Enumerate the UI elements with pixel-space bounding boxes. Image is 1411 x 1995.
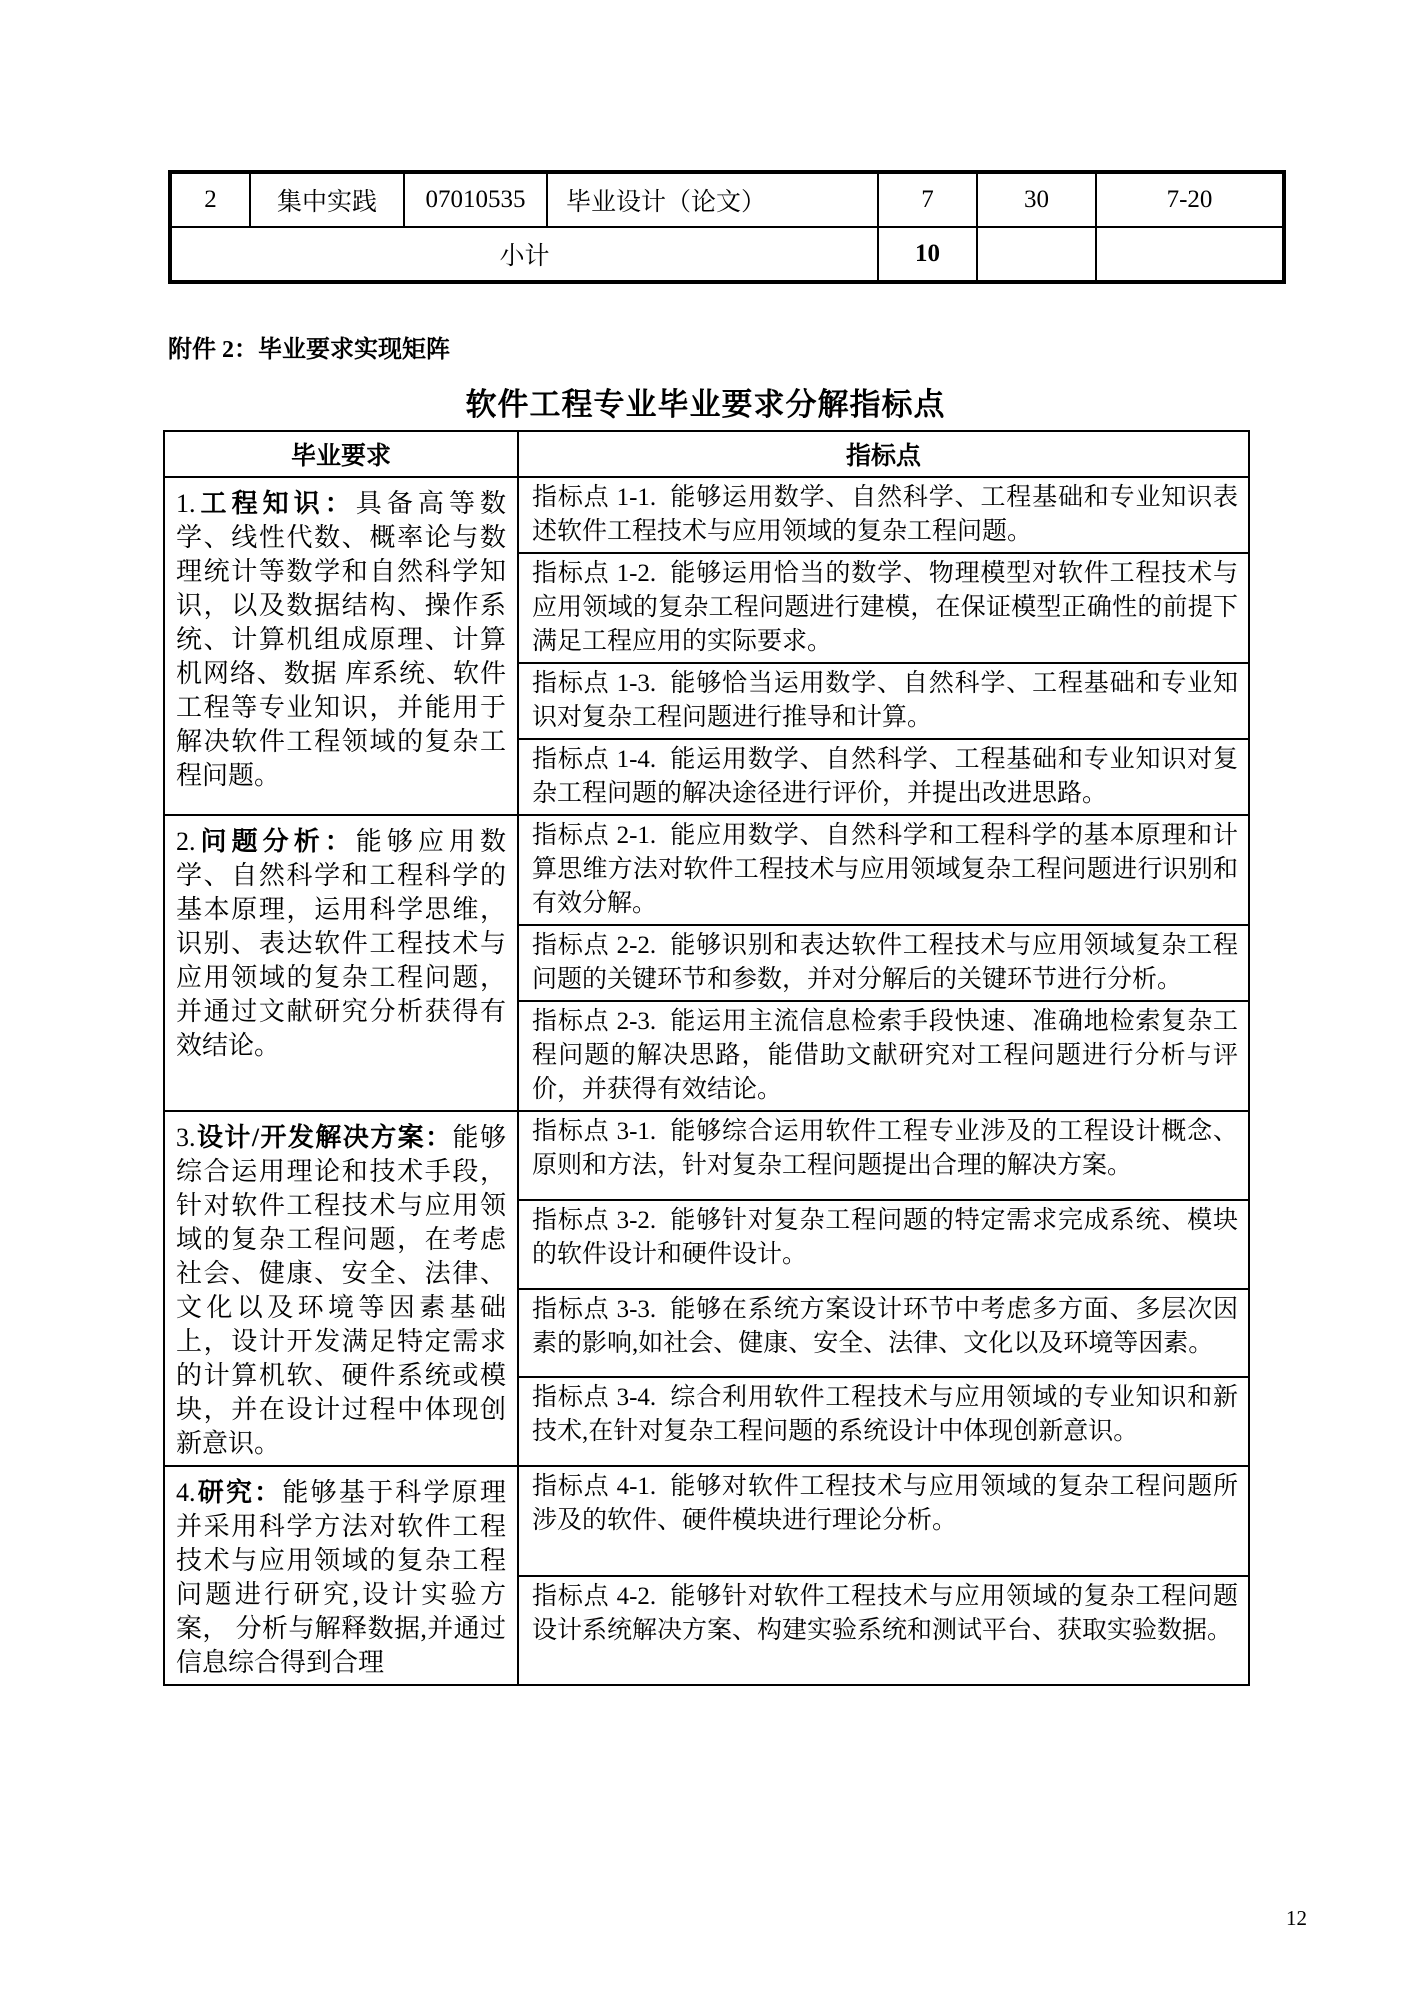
matrix-title: 软件工程专业毕业要求分解指标点	[0, 379, 1411, 424]
requirement-cell: 1.工程知识：具备高等数学、线性代数、概率论与数理统计等数学和自然科学知识，以及…	[164, 477, 518, 815]
requirement-cell: 2.问题分析：能够应用数学、自然科学和工程科学的基本原理，运用科学思维，识别、表…	[164, 815, 518, 1111]
course-row: 2 集中实践 07010535 毕业设计（论文） 7 30 7-20	[170, 172, 1284, 227]
indicator-cell: 指标点 2-3. 能运用主流信息检索手段快速、准确地检索复杂工程问题的解决思路，…	[518, 1001, 1249, 1111]
course-index: 2	[170, 172, 250, 227]
matrix-table: 毕业要求 指标点 1.工程知识：具备高等数学、线性代数、概率论与数理统计等数学和…	[163, 430, 1250, 1686]
course-name: 毕业设计（论文）	[547, 172, 878, 227]
indicator-label: 指标点 2-3.	[532, 1008, 656, 1035]
subtotal-empty-weeks	[1096, 227, 1284, 282]
matrix-body: 1.工程知识：具备高等数学、线性代数、概率论与数理统计等数学和自然科学知识，以及…	[164, 477, 1249, 1685]
requirement-cell: 3.设计/开发解决方案：能够综合运用理论和技术手段，针对软件工程技术与应用领域的…	[164, 1111, 518, 1466]
indicator-cell: 指标点 2-1. 能应用数学、自然科学和工程科学的基本原理和计算思维方法对软件工…	[518, 815, 1249, 925]
matrix-row: 3.设计/开发解决方案：能够综合运用理论和技术手段，针对软件工程技术与应用领域的…	[164, 1111, 1249, 1200]
indicator-cell: 指标点 3-4. 综合利用软件工程技术与应用领域的专业知识和新技术,在针对复杂工…	[518, 1377, 1249, 1466]
indicator-cell: 指标点 1-4. 能运用数学、自然科学、工程基础和专业知识对复杂工程问题的解决途…	[518, 739, 1249, 815]
indicator-cell: 指标点 4-1. 能够对软件工程技术与应用领域的复杂工程问题所涉及的软件、硬件模…	[518, 1466, 1249, 1576]
indicator-label: 指标点 3-4.	[532, 1384, 656, 1411]
requirement-body: 能够基于科学原理并采用科学方法对软件工程技术与应用领域的复杂工程问题进行研究,设…	[176, 1478, 506, 1677]
requirement-body: 能够应用数学、自然科学和工程科学的基本原理，运用科学思维，识别、表达软件工程技术…	[176, 827, 506, 1060]
indicator-cell: 指标点 1-3. 能够恰当运用数学、自然科学、工程基础和专业知识对复杂工程问题进…	[518, 663, 1249, 739]
requirement-cell: 4.研究：能够基于科学原理并采用科学方法对软件工程技术与应用领域的复杂工程问题进…	[164, 1466, 518, 1685]
indicator-label: 指标点 1-4.	[532, 746, 656, 773]
indicator-label: 指标点 4-2.	[532, 1583, 656, 1610]
indicator-cell: 指标点 4-2. 能够针对软件工程技术与应用领域的复杂工程问题设计系统解决方案、…	[518, 1576, 1249, 1686]
matrix-header-requirement: 毕业要求	[164, 431, 518, 477]
subtotal-label: 小计	[170, 227, 878, 282]
indicator-label: 指标点 2-2.	[532, 932, 656, 959]
requirement-number: 3.	[176, 1123, 196, 1152]
requirement-body: 能够综合运用理论和技术手段，针对软件工程技术与应用领域的复杂工程问题，在考虑社会…	[176, 1123, 506, 1458]
indicator-cell: 指标点 1-1. 能够运用数学、自然科学、工程基础和专业知识表述软件工程技术与应…	[518, 477, 1249, 553]
indicator-label: 指标点 3-2.	[532, 1207, 656, 1234]
requirement-term: 问题分析：	[196, 827, 356, 856]
indicator-label: 指标点 1-3.	[532, 670, 656, 697]
indicator-label: 指标点 2-1.	[532, 822, 656, 849]
indicator-cell: 指标点 3-1. 能够综合运用软件工程专业涉及的工程设计概念、原则和方法，针对复…	[518, 1111, 1249, 1200]
course-category: 集中实践	[250, 172, 404, 227]
indicator-label: 指标点 3-3.	[532, 1296, 656, 1323]
indicator-cell: 指标点 2-2. 能够识别和表达软件工程技术与应用领域复杂工程问题的关键环节和参…	[518, 925, 1249, 1001]
page-number: 12	[1286, 1906, 1307, 1931]
subtotal-credits: 10	[878, 227, 977, 282]
matrix-header-indicator: 指标点	[518, 431, 1249, 477]
requirement-number: 1.	[176, 489, 196, 518]
requirement-number: 2.	[176, 827, 196, 856]
course-summary-table: 2 集中实践 07010535 毕业设计（论文） 7 30 7-20 小计 10	[168, 170, 1286, 284]
subtotal-row: 小计 10	[170, 227, 1284, 282]
indicator-cell: 指标点 1-2. 能够运用恰当的数学、物理模型对软件工程技术与应用领域的复杂工程…	[518, 553, 1249, 663]
indicator-cell: 指标点 3-3. 能够在系统方案设计环节中考虑多方面、多层次因素的影响,如社会、…	[518, 1289, 1249, 1378]
indicator-label: 指标点 4-1.	[532, 1473, 656, 1500]
matrix-row: 1.工程知识：具备高等数学、线性代数、概率论与数理统计等数学和自然科学知识，以及…	[164, 477, 1249, 553]
course-hours: 30	[977, 172, 1096, 227]
requirement-body: 具备高等数学、线性代数、概率论与数理统计等数学和自然科学知识，以及数据结构、操作…	[176, 489, 506, 790]
matrix-header-row: 毕业要求 指标点	[164, 431, 1249, 477]
indicator-label: 指标点 1-2.	[532, 560, 656, 587]
requirement-term: 研究：	[196, 1478, 283, 1507]
indicator-cell: 指标点 3-2. 能够针对复杂工程问题的特定需求完成系统、模块的软件设计和硬件设…	[518, 1200, 1249, 1289]
matrix-row: 2.问题分析：能够应用数学、自然科学和工程科学的基本原理，运用科学思维，识别、表…	[164, 815, 1249, 925]
document-page: 2 集中实践 07010535 毕业设计（论文） 7 30 7-20 小计 10…	[0, 0, 1411, 1995]
course-weeks: 7-20	[1096, 172, 1284, 227]
course-code: 07010535	[404, 172, 547, 227]
matrix-row: 4.研究：能够基于科学原理并采用科学方法对软件工程技术与应用领域的复杂工程问题进…	[164, 1466, 1249, 1576]
requirement-number: 4.	[176, 1478, 196, 1507]
requirement-term: 设计/开发解决方案：	[196, 1123, 453, 1152]
indicator-label: 指标点 3-1.	[532, 1118, 656, 1145]
attachment-heading: 附件 2：毕业要求实现矩阵	[168, 329, 450, 364]
requirement-term: 工程知识：	[196, 489, 356, 518]
course-credits: 7	[878, 172, 977, 227]
subtotal-empty-hours	[977, 227, 1096, 282]
indicator-label: 指标点 1-1.	[532, 484, 656, 511]
